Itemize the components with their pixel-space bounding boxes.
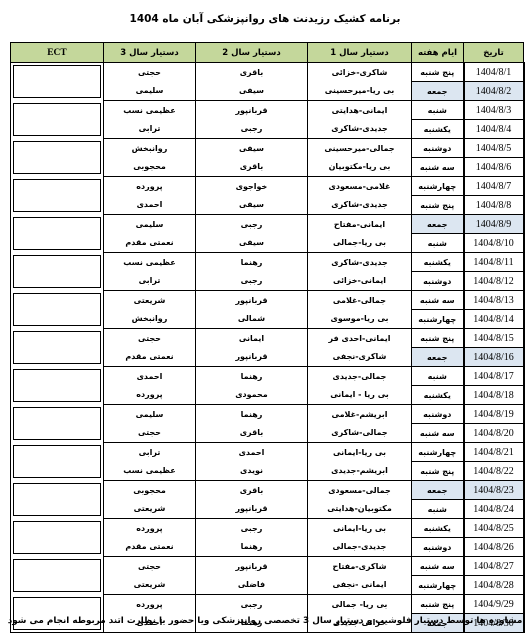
- ect-entry-box: [13, 103, 101, 136]
- year2-resident-cell: فاضلی: [196, 576, 308, 595]
- ect-cell: [11, 405, 104, 443]
- weekday-cell: شنبه: [412, 234, 464, 253]
- year2-resident-cell: نویدی: [196, 462, 308, 481]
- year3-resident-cell: حجتی: [104, 329, 196, 348]
- table-row: 1404/8/23 جمعه جمالی-مسعودی باقری محجوبی: [11, 481, 524, 500]
- weekday-cell: پنج شنبه: [412, 196, 464, 215]
- weekday-cell: جمعه: [412, 348, 464, 367]
- year3-resident-cell: ترابی: [104, 443, 196, 462]
- year2-resident-cell: قربانپور: [196, 500, 308, 519]
- year1-resident-cell: جمالی-شاکری: [308, 424, 412, 443]
- date-cell: 1404/8/8: [464, 196, 524, 215]
- date-cell: 1404/8/20: [464, 424, 524, 443]
- date-cell: 1404/8/17: [464, 367, 524, 386]
- ect-entry-box: [13, 407, 101, 440]
- header-row: تاریخ ایام هفته دستیار سال 1 دستیار سال …: [11, 43, 524, 63]
- table-row: 1404/8/19 دوشنبه ابریشم-غلامی رهنما سلیم…: [11, 405, 524, 424]
- date-cell: 1404/8/25: [464, 519, 524, 538]
- weekday-cell: چهارشنبه: [412, 443, 464, 462]
- year1-resident-cell: بی ریا-جمالی: [308, 234, 412, 253]
- year3-resident-cell: پرورده: [104, 386, 196, 405]
- weekday-cell: یکشنبه: [412, 253, 464, 272]
- weekday-cell: چهارشنبه: [412, 576, 464, 595]
- date-cell: 1404/8/4: [464, 120, 524, 139]
- ect-entry-box: [13, 217, 101, 250]
- year3-resident-cell: نعمتی مقدم: [104, 234, 196, 253]
- ect-entry-box: [13, 483, 101, 516]
- year1-resident-cell: ایمانی-هدایتی: [308, 101, 412, 120]
- date-cell: 1404/8/10: [464, 234, 524, 253]
- weekday-cell: جمعه: [412, 82, 464, 101]
- weekday-cell: چهارشنبه: [412, 310, 464, 329]
- year3-resident-cell: محجوبی: [104, 481, 196, 500]
- ect-entry-box: [13, 65, 101, 98]
- table-row: 1404/9/29 پنج شنبه بی ریا- جمالی رجبی پر…: [11, 595, 524, 614]
- table-row: 1404/8/7 چهارشنبه غلامی-مسعودی خواجوی پر…: [11, 177, 524, 196]
- year1-resident-cell: ابریشم-جدیدی: [308, 462, 412, 481]
- date-cell: 1404/8/26: [464, 538, 524, 557]
- footer-note: مشاوره ها توسط دستیار فلوشیپ و دستیار سا…: [0, 616, 530, 626]
- year2-resident-cell: باقری: [196, 158, 308, 177]
- year1-resident-cell: شاکری-خزائی: [308, 63, 412, 82]
- year2-resident-cell: باقری: [196, 63, 308, 82]
- date-cell: 1404/8/27: [464, 557, 524, 576]
- table-row: 1404/8/5 دوشنبه جمالی-میرحسینی سیفی روان…: [11, 139, 524, 158]
- weekday-cell: شنبه: [412, 101, 464, 120]
- year2-resident-cell: رجبی: [196, 595, 308, 614]
- year3-resident-cell: شریعتی: [104, 291, 196, 310]
- weekday-cell: سه شنبه: [412, 557, 464, 576]
- weekday-cell: جمعه: [412, 481, 464, 500]
- ect-cell: [11, 215, 104, 253]
- year2-resident-cell: محمودی: [196, 386, 308, 405]
- year3-resident-cell: محجوبی: [104, 158, 196, 177]
- year3-resident-cell: عظیمی نسب: [104, 462, 196, 481]
- date-cell: 1404/8/6: [464, 158, 524, 177]
- year1-resident-cell: ایمانی-احدی فر: [308, 329, 412, 348]
- weekday-cell: دوشنبه: [412, 405, 464, 424]
- date-cell: 1404/8/2: [464, 82, 524, 101]
- year2-resident-cell: سیفی: [196, 139, 308, 158]
- year3-resident-cell: ترابی: [104, 272, 196, 291]
- year1-resident-cell: جمالی-مسعودی: [308, 481, 412, 500]
- date-cell: 1404/8/24: [464, 500, 524, 519]
- date-cell: 1404/9/29: [464, 595, 524, 614]
- year2-resident-cell: باقری: [196, 424, 308, 443]
- year1-resident-cell: بی ریا-ایمانی: [308, 443, 412, 462]
- weekday-cell: پنج شنبه: [412, 595, 464, 614]
- date-cell: 1404/8/3: [464, 101, 524, 120]
- table-row: 1404/8/13 سه شنبه جمالی-غلامی قربانپور ش…: [11, 291, 524, 310]
- date-cell: 1404/8/16: [464, 348, 524, 367]
- date-cell: 1404/8/9: [464, 215, 524, 234]
- year1-resident-cell: شاکری-نجفی: [308, 348, 412, 367]
- ect-entry-box: [13, 521, 101, 554]
- year3-resident-cell: پرورده: [104, 177, 196, 196]
- ect-cell: [11, 177, 104, 215]
- year3-resident-cell: ترابی: [104, 120, 196, 139]
- year1-resident-cell: بی ریا-میرحسینی: [308, 82, 412, 101]
- table-row: 1404/8/1 پنج شنبه شاکری-خزائی باقری حجتی: [11, 63, 524, 82]
- ect-entry-box: [13, 369, 101, 402]
- year3-resident-cell: سلیمی: [104, 215, 196, 234]
- year2-resident-cell: شمالی: [196, 310, 308, 329]
- date-cell: 1404/8/21: [464, 443, 524, 462]
- year3-resident-cell: احمدی: [104, 196, 196, 215]
- ect-cell: [11, 329, 104, 367]
- date-cell: 1404/8/11: [464, 253, 524, 272]
- year3-resident-cell: سلیمی: [104, 82, 196, 101]
- schedule-page: { "title": "برنامه کشیک رزیدنت های روانپ…: [0, 0, 530, 640]
- table-row: 1404/8/21 چهارشنبه بی ریا-ایمانی احمدی ت…: [11, 443, 524, 462]
- year2-resident-cell: رجبی: [196, 519, 308, 538]
- year1-resident-cell: غلامی-مسعودی: [308, 177, 412, 196]
- year2-resident-cell: سیفی: [196, 234, 308, 253]
- year1-resident-cell: جدیدی-جمالی: [308, 538, 412, 557]
- date-cell: 1404/8/15: [464, 329, 524, 348]
- ect-cell: [11, 443, 104, 481]
- weekday-cell: شنبه: [412, 367, 464, 386]
- date-cell: 1404/8/19: [464, 405, 524, 424]
- table-row: 1404/8/3 شنبه ایمانی-هدایتی قربانپور عظی…: [11, 101, 524, 120]
- year3-resident-cell: احمدی: [104, 367, 196, 386]
- weekday-cell: سه شنبه: [412, 158, 464, 177]
- ect-entry-box: [13, 293, 101, 326]
- date-cell: 1404/8/23: [464, 481, 524, 500]
- year3-resident-cell: پرورده: [104, 595, 196, 614]
- date-cell: 1404/8/18: [464, 386, 524, 405]
- year1-resident-cell: بی ریا - ایمانی: [308, 386, 412, 405]
- year2-resident-cell: رهنما: [196, 405, 308, 424]
- year3-resident-cell: روانبخش: [104, 139, 196, 158]
- year2-resident-cell: رجبی: [196, 120, 308, 139]
- year3-resident-cell: حجتی: [104, 424, 196, 443]
- year3-resident-cell: پرورده: [104, 519, 196, 538]
- year3-resident-cell: شریعتی: [104, 576, 196, 595]
- table-row: 1404/8/25 یکشنبه بی ریا-ایمانی رجبی پرور…: [11, 519, 524, 538]
- header-ect: ECT: [11, 43, 104, 63]
- year2-resident-cell: رجبی: [196, 272, 308, 291]
- year3-resident-cell: سلیمی: [104, 405, 196, 424]
- weekday-cell: دوشنبه: [412, 272, 464, 291]
- year1-resident-cell: ابریشم-غلامی: [308, 405, 412, 424]
- ect-cell: [11, 367, 104, 405]
- year3-resident-cell: حجتی: [104, 63, 196, 82]
- ect-entry-box: [13, 255, 101, 288]
- year1-resident-cell: بی ریا-ایمانی: [308, 519, 412, 538]
- year1-resident-cell: جمالی-میرحسینی: [308, 139, 412, 158]
- weekday-cell: دوشنبه: [412, 139, 464, 158]
- year3-resident-cell: نعمتی مقدم: [104, 538, 196, 557]
- year2-resident-cell: قربانپور: [196, 557, 308, 576]
- year1-resident-cell: ایمانی-مفتاح: [308, 215, 412, 234]
- year2-resident-cell: باقری: [196, 481, 308, 500]
- ect-cell: [11, 139, 104, 177]
- table-row: 1404/8/9 جمعه ایمانی-مفتاح رجبی سلیمی: [11, 215, 524, 234]
- header-year3: دستیار سال 3: [104, 43, 196, 63]
- year1-resident-cell: ایمانی-خزائی: [308, 272, 412, 291]
- weekday-cell: سه شنبه: [412, 424, 464, 443]
- ect-entry-box: [13, 141, 101, 174]
- year1-resident-cell: جمالی-غلامی: [308, 291, 412, 310]
- date-cell: 1404/8/13: [464, 291, 524, 310]
- year2-resident-cell: سیفی: [196, 196, 308, 215]
- table-row: 1404/8/11 یکشنبه جدیدی-شاکری رهنما عظیمی…: [11, 253, 524, 272]
- year2-resident-cell: احمدی: [196, 443, 308, 462]
- year2-resident-cell: خواجوی: [196, 177, 308, 196]
- weekday-cell: پنج شنبه: [412, 462, 464, 481]
- ect-entry-box: [13, 331, 101, 364]
- weekday-cell: سه شنبه: [412, 291, 464, 310]
- weekday-cell: پنج شنبه: [412, 63, 464, 82]
- weekday-cell: شنبه: [412, 500, 464, 519]
- date-cell: 1404/8/7: [464, 177, 524, 196]
- year1-resident-cell: جدیدی-شاکری: [308, 253, 412, 272]
- ect-entry-box: [13, 179, 101, 212]
- date-cell: 1404/8/5: [464, 139, 524, 158]
- year3-resident-cell: نعمتی مقدم: [104, 348, 196, 367]
- year2-resident-cell: ایمانی: [196, 329, 308, 348]
- header-year1: دستیار سال 1: [308, 43, 412, 63]
- table-row: 1404/8/17 شنبه جمالی-جدیدی رهنما احمدی: [11, 367, 524, 386]
- year1-resident-cell: جدیدی-شاکری: [308, 196, 412, 215]
- date-cell: 1404/8/22: [464, 462, 524, 481]
- year3-resident-cell: شریعتی: [104, 500, 196, 519]
- weekday-cell: چهارشنبه: [412, 177, 464, 196]
- weekday-cell: پنج شنبه: [412, 329, 464, 348]
- year2-resident-cell: رهنما: [196, 367, 308, 386]
- ect-cell: [11, 63, 104, 101]
- year3-resident-cell: حجتی: [104, 557, 196, 576]
- schedule-body: 1404/8/1 پنج شنبه شاکری-خزائی باقری حجتی…: [11, 63, 524, 633]
- year3-resident-cell: عظیمی نسب: [104, 101, 196, 120]
- weekday-cell: یکشنبه: [412, 519, 464, 538]
- ect-cell: [11, 481, 104, 519]
- ect-cell: [11, 253, 104, 291]
- year1-resident-cell: بی ریا-مکتوبیان: [308, 158, 412, 177]
- date-cell: 1404/8/28: [464, 576, 524, 595]
- year2-resident-cell: قربانپور: [196, 291, 308, 310]
- year1-resident-cell: بی ریا-موسوی: [308, 310, 412, 329]
- ect-cell: [11, 101, 104, 139]
- date-cell: 1404/8/14: [464, 310, 524, 329]
- table-row: 1404/8/27 سه شنبه شاکری-مفتاح قربانپور ح…: [11, 557, 524, 576]
- ect-entry-box: [13, 559, 101, 592]
- date-cell: 1404/8/12: [464, 272, 524, 291]
- year2-resident-cell: قربانپور: [196, 348, 308, 367]
- ect-cell: [11, 557, 104, 595]
- year1-resident-cell: جمالی-جدیدی: [308, 367, 412, 386]
- header-date: تاریخ: [464, 43, 524, 63]
- oncall-schedule-table: تاریخ ایام هفته دستیار سال 1 دستیار سال …: [10, 42, 525, 633]
- weekday-cell: دوشنبه: [412, 538, 464, 557]
- year1-resident-cell: ایمانی -نجفی: [308, 576, 412, 595]
- ect-cell: [11, 519, 104, 557]
- year2-resident-cell: رهنما: [196, 538, 308, 557]
- year1-resident-cell: شاکری-مفتاح: [308, 557, 412, 576]
- year3-resident-cell: روانبخش: [104, 310, 196, 329]
- year2-resident-cell: رجبی: [196, 215, 308, 234]
- date-cell: 1404/8/1: [464, 63, 524, 82]
- year2-resident-cell: رهنما: [196, 253, 308, 272]
- year2-resident-cell: قربانپور: [196, 101, 308, 120]
- year3-resident-cell: عظیمی نسب: [104, 253, 196, 272]
- year1-resident-cell: جدیدی-شاکری: [308, 120, 412, 139]
- ect-cell: [11, 595, 104, 633]
- year1-resident-cell: بی ریا- جمالی: [308, 595, 412, 614]
- year2-resident-cell: سیفی: [196, 82, 308, 101]
- weekday-cell: یکشنبه: [412, 120, 464, 139]
- header-year2: دستیار سال 2: [196, 43, 308, 63]
- ect-entry-box: [13, 445, 101, 478]
- ect-cell: [11, 291, 104, 329]
- weekday-cell: یکشنبه: [412, 386, 464, 405]
- weekday-cell: جمعه: [412, 215, 464, 234]
- page-title: برنامه کشیک رزیدنت های روانپزشکی آبان ما…: [0, 13, 530, 25]
- header-weekday: ایام هفته: [412, 43, 464, 63]
- table-row: 1404/8/15 پنج شنبه ایمانی-احدی فر ایمانی…: [11, 329, 524, 348]
- year1-resident-cell: مکتوبیان-هدایتی: [308, 500, 412, 519]
